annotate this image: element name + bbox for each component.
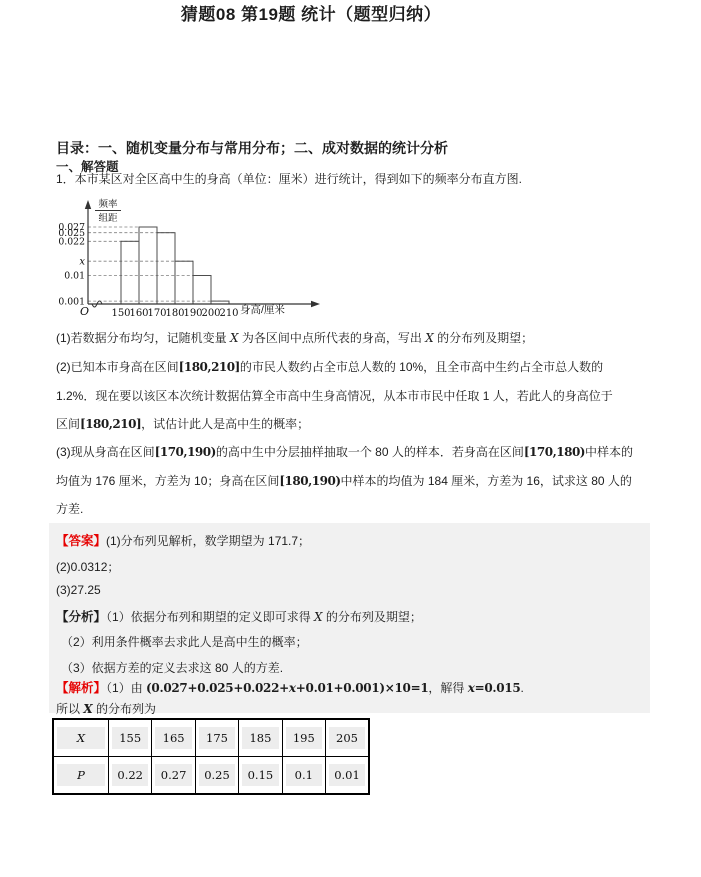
table-cell-value: 195 (286, 727, 322, 749)
svg-text:200: 200 (201, 308, 220, 319)
table-cell-value: 0.25 (199, 764, 235, 786)
problem-part2-line1: (2)已知本市身高在区间[180,210]的市民人数约占全市总人数的 10%，且… (56, 360, 603, 375)
table-cell: 185 (239, 719, 282, 757)
part1-text-post: 的分布列及期望； (434, 331, 533, 345)
distribution-table: X 155 165 175 185 195 205 P 0.22 0.27 0.… (52, 718, 370, 795)
svg-text:190: 190 (183, 308, 202, 319)
part3-text: 的高中生中分层抽样抽取一个 80 人的样本．若身高在区间 (216, 445, 524, 459)
answer-line-2: (2)0.0312； (56, 558, 119, 575)
table-cell-value: 0.01 (329, 764, 365, 786)
analysis-line-2: （2）利用条件概率去求此人是高中生的概率； (61, 633, 308, 650)
interval-180-210: [180,210] (80, 417, 141, 431)
table-cell-value: 165 (155, 727, 191, 749)
svg-text:组距: 组距 (98, 213, 118, 224)
analysis-line-3: （3）依据方差的定义去求这 80 人的方差. (61, 659, 283, 676)
table-row-x: X 155 165 175 185 195 205 (53, 719, 369, 757)
table-cell-value: 205 (329, 727, 365, 749)
interval-170-190: [170,190) (155, 445, 216, 459)
svg-text:160: 160 (129, 308, 148, 319)
equation-result: =0.015 (475, 681, 521, 695)
problem-part3-line1: (3)现从身高在区间[170,190)的高中生中分层抽样抽取一个 80 人的样本… (56, 445, 633, 460)
solution-text: ，解得 (428, 681, 467, 695)
svg-text:180: 180 (165, 308, 184, 319)
equation: +0.01+0.001)×10=1 (296, 681, 429, 695)
analysis-line-1: 【分析】（1）依据分布列和期望的定义即可求得 X 的分布列及期望； (56, 607, 422, 625)
svg-text:身高/厘米: 身高/厘米 (240, 303, 285, 316)
table-cell-value: 155 (112, 727, 148, 749)
table-cell: 175 (195, 719, 238, 757)
page-title: 猜题08 第19题 统计（题型归纳） (0, 0, 622, 25)
solution-text: （1）由 (106, 681, 146, 695)
toc-line: 目录：一、随机变量分布与常用分布；二、成对数据的统计分析 (56, 138, 448, 158)
svg-text:0.022: 0.022 (58, 237, 85, 248)
interval-170-180: [170,180) (524, 445, 585, 459)
table-cell-value: 0.27 (155, 764, 191, 786)
table-cell-value: 0.1 (286, 764, 322, 786)
table-row-p: P 0.22 0.27 0.25 0.15 0.1 0.01 (53, 757, 369, 795)
part3-text: (3)现从身高在区间 (56, 445, 155, 459)
answer-line-1: 【答案】(1)分布列见解析，数学期望为 171.7； (56, 531, 310, 549)
interval-180-190: [180,190) (279, 474, 340, 488)
table-cell-value: 185 (242, 727, 278, 749)
problem-part3-line2: 均值为 176 厘米，方差为 10；身高在区间[180,190)中样本的均值为 … (56, 474, 632, 489)
part3-text: 中样本的 (585, 445, 633, 459)
solution-text: . (520, 681, 523, 695)
svg-text:O: O (80, 305, 89, 318)
svg-text:0.01: 0.01 (64, 271, 85, 282)
problem-intro: 1．本市某区对全区高中生的身高（单位：厘米）进行统计，得到如下的频率分布直方图. (56, 172, 522, 187)
part3-text: 均值为 176 厘米，方差为 10；身高在区间 (56, 474, 279, 488)
x-header-cell: X (53, 719, 109, 757)
solution-text: 的分布列为 (93, 702, 156, 716)
variable-x: X (425, 331, 434, 345)
solution-tag: 【解析】 (56, 681, 106, 695)
variable-x: X (83, 702, 92, 716)
variable-x-lower: x (289, 681, 296, 695)
part2-text: ，试估计此人是高中生的概率； (141, 417, 309, 431)
svg-text:210: 210 (219, 308, 238, 319)
svg-text:150: 150 (111, 308, 130, 319)
table-cell: 195 (282, 719, 325, 757)
table-cell: 155 (109, 719, 152, 757)
frequency-histogram: 0.0270.0250.022x0.010.001150160170180190… (56, 196, 356, 324)
table-cell: 165 (152, 719, 195, 757)
variable-x-lower: x (468, 681, 475, 695)
svg-text:x: x (79, 256, 85, 267)
table-cell-value: 0.15 (242, 764, 278, 786)
solution-text: 所以 (56, 702, 83, 716)
problem-part3-line3: 方差. (56, 502, 83, 517)
table-cell: 0.1 (282, 757, 325, 795)
answer-tag: 【答案】 (56, 534, 106, 548)
table-cell: 0.01 (326, 757, 369, 795)
solution-line-2: 所以 X 的分布列为 (56, 700, 156, 717)
table-cell: 0.27 (152, 757, 195, 795)
part2-text: (2)已知本市身高在区间 (56, 360, 179, 374)
svg-text:频率: 频率 (98, 198, 118, 210)
analysis-text: （1）依据分布列和期望的定义即可求得 (106, 610, 314, 624)
problem-part2-line2: 1.2%．现在要以该区本次统计数据估算全市高中生身高情况，从本市市民中任取 1 … (56, 389, 613, 404)
part1-text-pre: (1)若数据分布均匀，记随机变量 (56, 331, 230, 345)
answer-line-3: (3)27.25 (56, 583, 101, 597)
part2-text: 的市民人数约占全市总人数的 10%，且全市高中生约占全市总人数的 (240, 360, 603, 374)
document-page: { "page": { "title": "猜题08 第19题 统计（题型归纳）… (0, 0, 701, 877)
table-cell: P (57, 764, 105, 786)
svg-text:170: 170 (147, 308, 166, 319)
problem-part2-line3: 区间[180,210]，试估计此人是高中生的概率； (56, 417, 309, 432)
equation: (0.027+0.025+0.022+ (146, 681, 289, 695)
answer-text: (1)分布列见解析，数学期望为 171.7； (106, 534, 310, 548)
table-cell: 0.25 (195, 757, 238, 795)
table-cell: 0.22 (109, 757, 152, 795)
analysis-tag: 【分析】 (56, 610, 106, 624)
variable-x: X (314, 610, 323, 624)
part3-text: 中样本的均值为 184 厘米，方差为 16，试求这 80 人的 (341, 474, 632, 488)
table-cell: 205 (326, 719, 369, 757)
variable-x: X (230, 331, 239, 345)
table-cell-value: 0.22 (112, 764, 148, 786)
p-header-cell: P (53, 757, 109, 795)
table-cell: 0.15 (239, 757, 282, 795)
interval-180-210: [180,210] (179, 360, 240, 374)
part1-text-mid: 为各区间中点所代表的身高，写出 (239, 331, 426, 345)
table-cell: X (57, 727, 105, 749)
solution-line-1: 【解析】（1）由 (0.027+0.025+0.022+x+0.01+0.001… (56, 678, 524, 696)
part2-text: 区间 (56, 417, 80, 431)
analysis-text: 的分布列及期望； (323, 610, 422, 624)
problem-part1-line: (1)若数据分布均匀，记随机变量 X 为各区间中点所代表的身高，写出 X 的分布… (56, 331, 533, 346)
table-cell-value: 175 (199, 727, 235, 749)
